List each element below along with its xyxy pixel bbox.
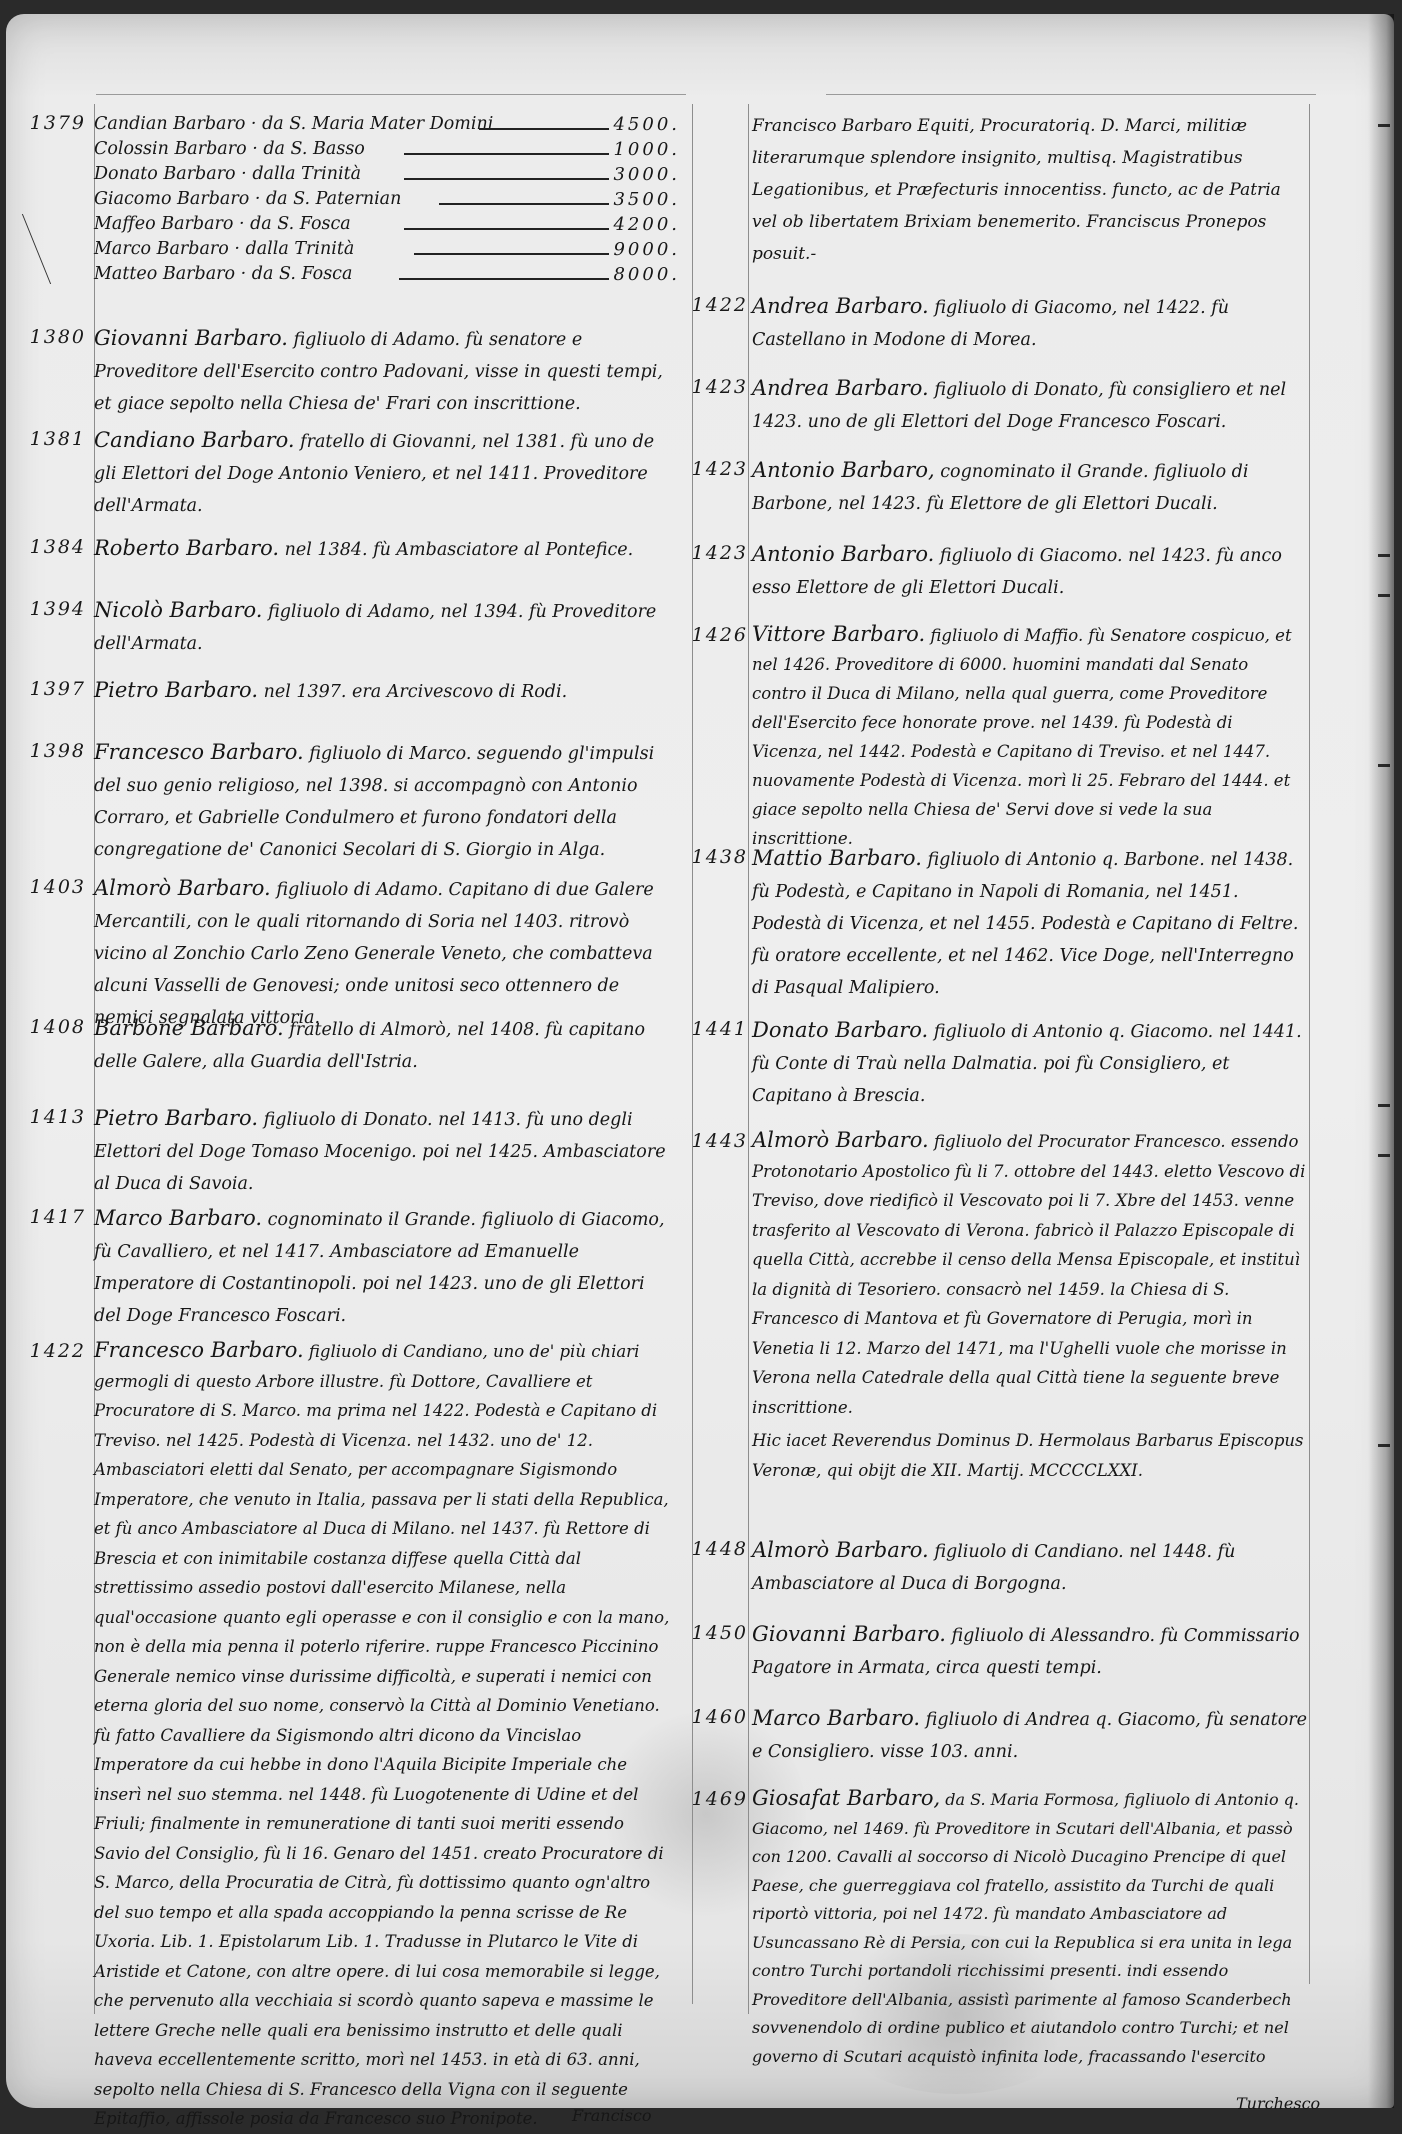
catchword: Francisco — [572, 2106, 651, 2116]
entry-year: 1460 — [668, 1706, 748, 1728]
entry-year: 1394 — [6, 598, 86, 620]
entry-name: Andrea Barbaro. — [752, 294, 929, 318]
entry-name: Francesco Barbaro. — [94, 740, 304, 764]
entry-name: Pietro Barbaro. — [94, 678, 258, 702]
tally-row: Giacomo Barbaro · da S. Paternian 3500. — [94, 189, 684, 215]
entry-text: nel 1384. fù Ambasciatore al Pontefice. — [285, 540, 634, 560]
entry-name: Barbone Barbaro. — [94, 1016, 284, 1040]
entry-year: 1380 — [6, 326, 86, 348]
entry-name: Vittore Barbaro. — [752, 622, 925, 646]
entry-name: Giosafat Barbaro, — [752, 1786, 940, 1810]
binding-mark — [1378, 1154, 1390, 1157]
entry-name: Roberto Barbaro. — [94, 536, 279, 560]
catchword: Turchesco — [1236, 2094, 1320, 2113]
entry-name: Antonio Barbaro, — [752, 458, 935, 482]
entry-year: 1423 — [668, 542, 748, 564]
entry-year: 1398 — [6, 740, 86, 762]
entry-year: 1441 — [668, 1018, 748, 1040]
entry-year: 1438 — [668, 846, 748, 868]
entry-name: Marco Barbaro. — [94, 1206, 262, 1230]
tally-name: Matteo Barbaro — [94, 264, 235, 284]
entry-name: Almorò Barbaro. — [94, 876, 271, 900]
tally-place: da S. Paternian — [266, 189, 401, 209]
entry-text: figliuolo di Adamo. Capitano di due Gale… — [94, 880, 654, 1028]
tally-amount: 3000. — [613, 164, 680, 185]
entry-year: 1450 — [668, 1622, 748, 1644]
binding-mark — [1378, 554, 1390, 557]
epitaph-continuation: Francisco Barbaro Equiti, Procuratoriq. … — [752, 110, 1307, 270]
entry-year: 1413 — [6, 1106, 86, 1128]
tally-amount: 9000. — [613, 239, 680, 260]
right-column-right-rule — [1309, 104, 1310, 1984]
entry-year: 1379 — [6, 112, 86, 134]
tally-row: Maffeo Barbaro · da S. Fosca 4200. — [94, 214, 684, 240]
entry-name: Giovanni Barbaro. — [752, 1622, 946, 1646]
entry-year: 1423 — [668, 376, 748, 398]
entry-year: 1469 — [668, 1788, 748, 1810]
entry-year: 1408 — [6, 1016, 86, 1038]
entry-text: da S. Maria Formosa, figliuolo di Antoni… — [752, 1790, 1299, 2066]
tally-row: Marco Barbaro · dalla Trinità 9000. — [94, 239, 684, 265]
tally-name: Giacomo Barbaro — [94, 189, 249, 209]
entry-text: figliuolo di Maffio. fù Senatore cospicu… — [752, 626, 1292, 848]
tally-leader-line — [404, 178, 609, 180]
entry-year: 1403 — [6, 876, 86, 898]
tally-place: da S. Fosca — [252, 264, 353, 284]
entry-year: 1426 — [668, 624, 748, 646]
entry-year: 1397 — [6, 678, 86, 700]
right-margin-rule — [748, 104, 749, 2014]
entry-name: Candiano Barbaro. — [94, 428, 295, 452]
top-rule-right — [826, 94, 1316, 95]
entry-name: Mattio Barbaro. — [752, 846, 922, 870]
entry-name: Marco Barbaro. — [752, 1706, 920, 1730]
entry-name: Almorò Barbaro. — [752, 1538, 929, 1562]
tally-leader-line — [439, 203, 609, 205]
entry-name: Nicolò Barbaro. — [94, 598, 262, 622]
tally-place: da S. Maria Mater Domini — [262, 114, 493, 134]
entry-year: 1423 — [668, 458, 748, 480]
tally-place: da S. Fosca — [250, 214, 351, 234]
tally-row: Donato Barbaro · dalla Trinità 3000. — [94, 164, 684, 190]
tally-name: Maffeo Barbaro — [94, 214, 233, 234]
entry-name: Francesco Barbaro. — [94, 1338, 304, 1362]
tally-amount: 1000. — [613, 139, 680, 160]
tally-leader-line — [404, 153, 609, 155]
tally-row: Colossin Barbaro · da S. Basso 1000. — [94, 139, 684, 165]
tally-place: dalla Trinità — [252, 164, 361, 184]
entry-text: figliuolo di Antonio q. Barbone. nel 143… — [752, 850, 1298, 998]
tally-leader-line — [399, 278, 609, 280]
entry-text: figliuolo del Procurator Francesco. esse… — [752, 1132, 1305, 1417]
latin-inscription: Hic iacet Reverendus Dominus D. Hermolau… — [752, 1426, 1307, 1485]
entry-name: Pietro Barbaro. — [94, 1106, 258, 1130]
tally-amount: 4500. — [613, 114, 680, 135]
entry-year: 1384 — [6, 536, 86, 558]
tally-row: Candian Barbaro · da S. Maria Mater Domi… — [94, 114, 684, 140]
entry-name: Giovanni Barbaro. — [94, 326, 288, 350]
entry-year: 1381 — [6, 428, 86, 450]
tally-place: dalla Trinità — [246, 239, 355, 259]
manuscript-page: 1379 Candian Barbaro · da S. Maria Mater… — [6, 14, 1394, 2108]
entry-text: figliuolo di Candiano, uno de' più chiar… — [94, 1342, 669, 2116]
tally-amount: 3500. — [613, 189, 680, 210]
entry-year: 1448 — [668, 1538, 748, 1560]
tally-amount: 8000. — [613, 264, 680, 285]
tally-row: Matteo Barbaro · da S. Fosca 8000. — [94, 264, 684, 290]
entry-name: Almorò Barbaro. — [752, 1128, 929, 1152]
binding-mark — [1378, 1104, 1390, 1107]
tally-name: Candian Barbaro — [94, 114, 245, 134]
binding-mark — [1378, 594, 1390, 597]
tally-name: Marco Barbaro — [94, 239, 229, 259]
entry-name: Andrea Barbaro. — [752, 376, 929, 400]
binding-mark — [1378, 1444, 1390, 1447]
tally-leader-line — [479, 128, 609, 130]
tally-name: Colossin Barbaro — [94, 139, 247, 159]
tally-leader-line — [404, 228, 609, 230]
tally-name: Donato Barbaro — [94, 164, 236, 184]
tally-amount: 4200. — [613, 214, 680, 235]
top-rule-left — [96, 94, 686, 95]
entry-year: 1422 — [668, 294, 748, 316]
binding-mark — [1378, 764, 1390, 767]
entry-year: 1422 — [6, 1340, 86, 1362]
entry-name: Donato Barbaro. — [752, 1018, 928, 1042]
binding-mark — [1378, 124, 1390, 127]
entry-text: nel 1397. era Arcivescovo di Rodi. — [264, 682, 568, 702]
entry-year: 1443 — [668, 1130, 748, 1152]
tally-leader-line — [414, 253, 609, 255]
entry-name: Antonio Barbaro. — [752, 542, 934, 566]
entry-year: 1417 — [6, 1206, 86, 1228]
tally-place: da S. Basso — [263, 139, 364, 159]
